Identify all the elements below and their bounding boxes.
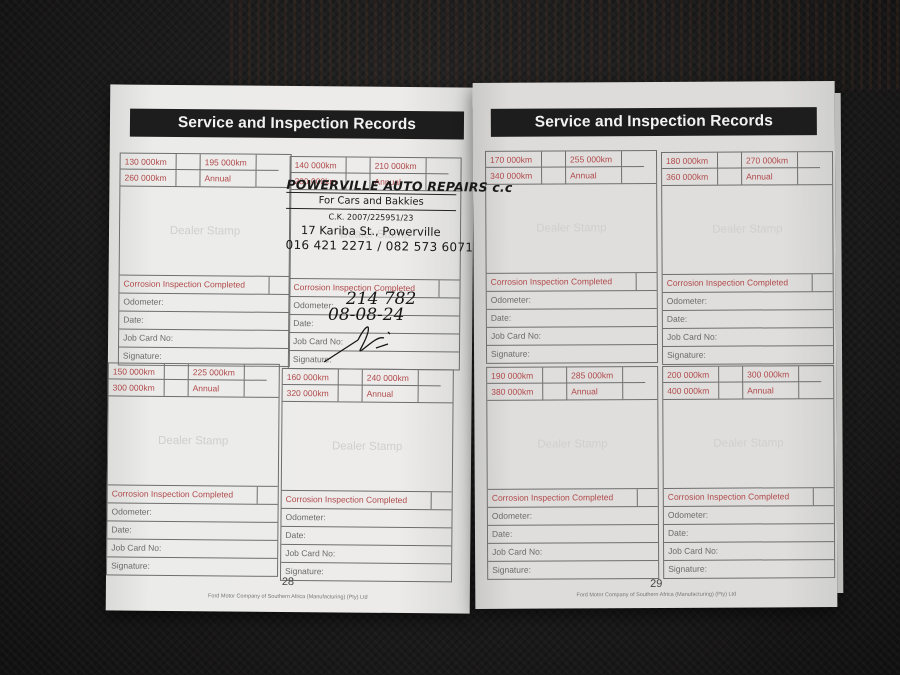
dealer-stamp-placeholder: Dealer Stamp [713, 437, 783, 449]
interval-checkbox[interactable] [245, 381, 267, 397]
dealer-stamp-area: Dealer Stamp [663, 399, 833, 489]
interval-checkbox[interactable] [542, 167, 566, 183]
odometer-field: Odometer: [119, 294, 289, 313]
service-record-card: 160 000km240 000km320 000kmAnnualDealer … [280, 368, 454, 582]
service-interval-grid: 160 000km240 000km320 000kmAnnual [283, 369, 453, 403]
corrosion-inspection-row: Corrosion Inspection Completed [487, 273, 657, 292]
corrosion-inspection-row: Corrosion Inspection Completed [119, 276, 289, 295]
interval-label: 170 000km [486, 152, 542, 168]
handwritten-signature [318, 318, 428, 366]
dealer-stamp-area: Dealer Stamp [108, 396, 279, 486]
interval-label: 130 000km [121, 154, 177, 170]
job-card-field: Job Card No: [663, 328, 833, 347]
dealer-stamp-placeholder: Dealer Stamp [170, 225, 240, 238]
interval-label: Annual [200, 170, 256, 186]
job-card-field: Job Card No: [119, 330, 289, 349]
job-card-field: Job Card No: [281, 545, 451, 564]
interval-checkbox[interactable] [719, 383, 743, 399]
page-number: 28 [106, 574, 470, 589]
interval-checkbox[interactable] [419, 370, 441, 386]
stamp-registration: C.K. 2007/225951/23 [286, 212, 456, 223]
interval-checkbox[interactable] [257, 155, 279, 171]
interval-checkbox[interactable] [798, 168, 820, 184]
interval-label: 190 000km [487, 368, 543, 384]
interval-checkbox[interactable] [622, 167, 644, 183]
dealer-stamp-area: Dealer Stamp [487, 400, 657, 490]
interval-checkbox[interactable] [799, 366, 821, 382]
interval-label: 260 000km [120, 170, 176, 186]
job-card-field: Job Card No: [107, 539, 277, 558]
interval-label: Annual [742, 168, 798, 184]
corrosion-inspection-row: Corrosion Inspection Completed [108, 485, 278, 504]
page-footer-company: Ford Motor Company of Southern Africa (M… [475, 591, 837, 599]
interval-label: 360 000km [662, 169, 718, 185]
service-record-card: 180 000km270 000km360 000kmAnnualDealer … [661, 151, 834, 365]
service-interval-grid: 150 000km225 000km300 000kmAnnual [109, 363, 279, 397]
dealer-stamp-area: Dealer Stamp [120, 187, 291, 277]
interval-checkbox[interactable] [339, 385, 363, 401]
interval-label: Annual [743, 382, 799, 398]
interval-checkbox[interactable] [176, 170, 200, 186]
dealer-stamp-placeholder: Dealer Stamp [536, 222, 606, 234]
stamp-phone: 016 421 2271 / 082 573 6071 [285, 238, 455, 254]
interval-checkbox[interactable] [719, 367, 743, 383]
interval-label: 255 000km [566, 151, 622, 167]
interval-checkbox[interactable] [718, 169, 742, 185]
corrosion-inspection-row: Corrosion Inspection Completed [282, 491, 452, 510]
dealer-stamp-placeholder: Dealer Stamp [537, 438, 607, 450]
interval-label: 380 000km [487, 384, 543, 400]
corrosion-inspection-row: Corrosion Inspection Completed [488, 489, 658, 508]
service-interval-grid: 200 000km300 000km400 000kmAnnual [663, 366, 833, 400]
interval-checkbox[interactable] [256, 171, 278, 187]
interval-checkbox[interactable] [623, 383, 645, 399]
interval-checkbox[interactable] [165, 380, 189, 396]
date-field: Date: [107, 521, 277, 540]
interval-label: 150 000km [109, 363, 165, 379]
odometer-field: Odometer: [107, 503, 277, 522]
interval-checkbox[interactable] [543, 383, 567, 399]
corrosion-inspection-row: Corrosion Inspection Completed [664, 488, 834, 507]
service-book-page-29: Service and Inspection Records 170 000km… [473, 81, 838, 609]
date-field: Date: [663, 310, 833, 329]
interval-checkbox[interactable] [798, 152, 820, 168]
interval-label: 140 000km [291, 157, 347, 173]
interval-label: 270 000km [742, 152, 798, 168]
stamp-tagline: For Cars and Bakkies [286, 193, 456, 211]
service-record-card: 190 000km285 000km380 000kmAnnualDealer … [486, 366, 659, 580]
interval-checkbox[interactable] [622, 151, 644, 167]
interval-checkbox[interactable] [799, 382, 821, 398]
interval-checkbox[interactable] [347, 157, 371, 173]
signature-field: Signature: [663, 346, 833, 364]
interval-label: 160 000km [283, 369, 339, 385]
dealer-stamp-area: Dealer Stamp [662, 185, 832, 275]
dealer-stamp-placeholder: Dealer Stamp [712, 223, 782, 235]
signature-field: Signature: [107, 557, 277, 575]
signature-field: Signature: [487, 345, 657, 363]
interval-checkbox[interactable] [623, 367, 645, 383]
odometer-field: Odometer: [488, 507, 658, 526]
dealer-stamp-placeholder: Dealer Stamp [158, 435, 228, 448]
stamp-address: 17 Kariba St., Powerville [286, 223, 456, 239]
interval-checkbox[interactable] [542, 151, 566, 167]
interval-label: 285 000km [567, 367, 623, 383]
page-footer-company: Ford Motor Company of Southern Africa (M… [106, 592, 470, 601]
interval-label: 300 000km [109, 379, 165, 395]
date-field: Date: [119, 312, 289, 331]
page-number: 29 [475, 577, 837, 591]
interval-label: 400 000km [663, 383, 719, 399]
page-title-banner: Service and Inspection Records [491, 107, 817, 137]
interval-label: 200 000km [663, 367, 719, 383]
odometer-field: Odometer: [664, 506, 834, 525]
service-interval-grid: 180 000km270 000km360 000kmAnnual [662, 152, 832, 186]
interval-checkbox[interactable] [165, 364, 189, 380]
interval-checkbox[interactable] [427, 158, 449, 174]
service-record-card: 150 000km225 000km300 000kmAnnualDealer … [106, 362, 280, 576]
interval-checkbox[interactable] [245, 365, 267, 381]
interval-checkbox[interactable] [177, 154, 201, 170]
service-interval-grid: 190 000km285 000km380 000kmAnnual [487, 367, 657, 401]
signature-field: Signature: [488, 561, 658, 579]
interval-label: Annual [189, 380, 245, 396]
date-field: Date: [281, 527, 451, 546]
interval-checkbox[interactable] [339, 369, 363, 385]
page-title-banner: Service and Inspection Records [130, 109, 464, 140]
date-field: Date: [664, 524, 834, 543]
service-interval-grid: 130 000km195 000km260 000kmAnnual [120, 154, 290, 188]
corrosion-inspection-row: Corrosion Inspection Completed [663, 274, 833, 293]
interval-label: Annual [363, 386, 419, 402]
dealer-stamp-area: Dealer Stamp [486, 184, 656, 274]
interval-label: 300 000km [743, 366, 799, 382]
job-card-field: Job Card No: [487, 327, 657, 346]
odometer-field: Odometer: [281, 509, 451, 528]
interval-label: 240 000km [363, 370, 419, 386]
odometer-field: Odometer: [663, 292, 833, 311]
job-card-field: Job Card No: [664, 542, 834, 561]
seat-fabric-pattern [230, 0, 900, 90]
interval-checkbox[interactable] [718, 153, 742, 169]
interval-label: 180 000km [662, 153, 718, 169]
dealer-rubber-stamp: POWERVILLE AUTO REPAIRS c.c For Cars and… [285, 177, 456, 254]
interval-label: 225 000km [189, 364, 245, 380]
interval-label: Annual [566, 167, 622, 183]
interval-label: Annual [567, 383, 623, 399]
interval-label: 320 000km [283, 385, 339, 401]
signature-field: Signature: [664, 560, 834, 578]
service-record-card: 130 000km195 000km260 000kmAnnualDealer … [118, 153, 292, 367]
date-field: Date: [487, 309, 657, 328]
interval-checkbox[interactable] [419, 386, 441, 402]
interval-label: 210 000km [371, 158, 427, 174]
interval-label: 195 000km [201, 154, 257, 170]
date-field: Date: [488, 525, 658, 544]
dealer-stamp-area: Dealer Stamp [282, 402, 453, 492]
dealer-stamp-placeholder: Dealer Stamp [332, 440, 402, 453]
service-record-card: 200 000km300 000km400 000kmAnnualDealer … [662, 365, 835, 579]
job-card-field: Job Card No: [488, 543, 658, 562]
odometer-field: Odometer: [487, 291, 657, 310]
interval-checkbox[interactable] [543, 367, 567, 383]
